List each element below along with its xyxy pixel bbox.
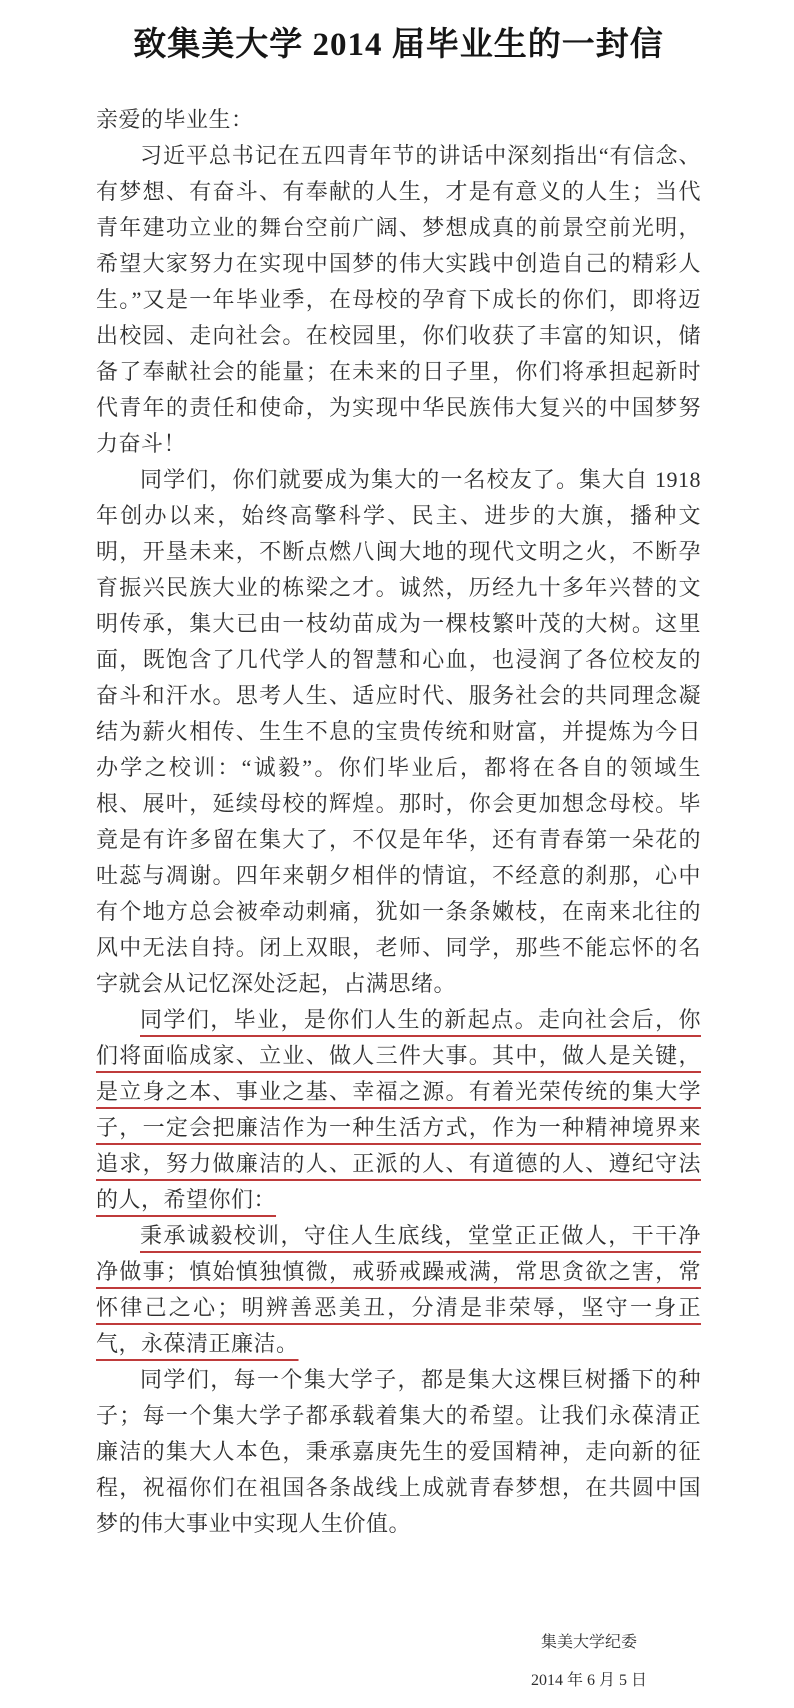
paragraph-opening-quote: 习近平总书记在五四青年节的讲话中深刻指出“有信念、有梦想、有奋斗、有奉献的人生，… — [96, 138, 701, 462]
signature-date: 2014 年 6 月 5 日 — [531, 1662, 647, 1700]
letter-page: 致集美大学 2014 届毕业生的一封信 亲爱的毕业生： 习近平总书记在五四青年节… — [0, 0, 794, 1708]
letter-title: 致集美大学 2014 届毕业生的一封信 — [96, 24, 701, 66]
salutation: 亲爱的毕业生： — [96, 102, 701, 138]
paragraph-school-history: 同学们，你们就要成为集大的一名校友了。集大自 1918 年创办以来，始终高擎科学… — [96, 462, 701, 1002]
signature-block: 集美大学纪委 2014 年 6 月 5 日 — [531, 1624, 647, 1700]
paragraph-new-start-underlined: 同学们，毕业，是你们人生的新起点。走向社会后，你们将面临成家、立业、做人三件大事… — [96, 1002, 701, 1218]
letter-body: 亲爱的毕业生： 习近平总书记在五四青年节的讲话中深刻指出“有信念、有梦想、有奋斗… — [96, 102, 701, 1542]
paragraph-closing-wishes: 同学们，每一个集大学子，都是集大这棵巨树播下的种子；每一个集大学子都承载着集大的… — [96, 1362, 701, 1542]
signature-name: 集美大学纪委 — [541, 1624, 637, 1662]
paragraph-integrity-motto-underlined: 秉承诚毅校训，守住人生底线，堂堂正正做人，干干净净做事；慎始慎独慎微，戒骄戒躁戒… — [96, 1218, 701, 1362]
